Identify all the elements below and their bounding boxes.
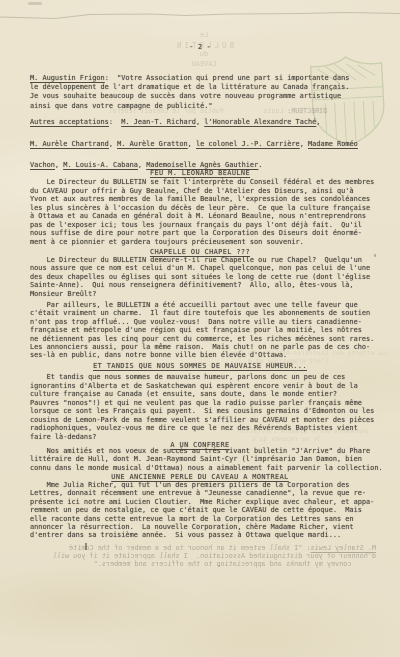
stray-ink-tick [85, 543, 87, 550]
text-line: elle raconte dans cette entrevue la mort… [30, 515, 376, 523]
text-line: M. Aurèle Chartrand, M. Aurèle Gratton, … [30, 134, 376, 156]
text-line: à Ottawa et au Canada en général doit à … [30, 212, 376, 221]
text-line: ment à ce pionnier et gardera toujours p… [30, 238, 376, 247]
heading-text: FEU M. LEONARD BEAULNE [150, 169, 250, 177]
text-line: d'entrer dans sa troisième année. Si vou… [30, 531, 376, 539]
ghost-footer-stanley-lewis: M. Stanley Lewis: "I shall esteem it an … [30, 544, 376, 569]
text-line: culture française au Canada (et ensuite,… [30, 390, 376, 399]
text-line: nous assure que ce nom est celui d'un M.… [30, 264, 376, 272]
heading-chapelle: CHAPELLE OU CHAPEL ??? [0, 248, 400, 256]
text-line: Sainte-Anne). Qui nous renseignera défin… [30, 281, 376, 289]
text-line: Je vous souhaite beaucoup de succès dans… [30, 92, 376, 101]
text-line: c'était vraiment un charme. Il faut dire… [30, 309, 376, 317]
ghost-margin-fragment: septembre votre aimable invitation [238, 427, 369, 435]
text-line: Pauvres "nonos"!) et qui ne veulent pas … [30, 399, 376, 408]
text-line: M. Stanley Lewis: "I shall esteem it an … [30, 544, 376, 552]
scanned-document-page: { "page": { "number_label": "- 2 -", "pa… [0, 0, 400, 657]
ghost-margin-fragment: les efforts des Confrères-Artistes du Ca… [232, 349, 390, 357]
heading-text: UNE ANCIENNE PERLE DU CAVEAU A MONTREAL [111, 473, 288, 481]
edge-smudge [28, 2, 42, 5]
text-line: convey my thanks and appreciation to the… [30, 560, 376, 568]
text-line: française et métropole d'une région qui … [30, 326, 376, 334]
text-line: Yvon et aux autres membres de la famille… [30, 195, 376, 204]
text-line: les plus sincères à l'occasion du décès … [30, 204, 376, 213]
ghost-margin-fragment: Je ne réponds qu'à [252, 435, 321, 443]
heading-mauvaise-humeur: ET TANDIS QUE NOUS SOMMES DE MAUVAISE HU… [0, 362, 400, 370]
text-line: cousins de Lemon-Park de ma femme veulen… [30, 416, 376, 425]
text-line: pas de l'exposer ici; tous les journaux … [30, 221, 376, 230]
text-line: Le Directeur du BULLETIN se fait l'inter… [30, 178, 376, 187]
text-line: n'ont pas trop afflué... Que voulez-vous… [30, 318, 376, 326]
text-line: connu dans le monde musical d'Ottawa) no… [30, 464, 376, 472]
text-line: ainsi que dans votre campagne de publici… [30, 102, 376, 111]
text-line: Autres acceptations: M. Jean-T. Richard,… [30, 112, 376, 134]
heading-perle-caveau: UNE ANCIENNE PERLE DU CAVEAU A MONTREAL [0, 473, 400, 481]
para-autres-acceptations: Autres acceptations: M. Jean-T. Richard,… [30, 112, 376, 177]
text-line: du CAVEAU pour offrir à Guy Beaulne, Che… [30, 187, 376, 196]
para-confrere: Nos amitiés et nos voeux de succès au tr… [30, 447, 376, 472]
typewritten-content: M. Augustin Frigon: "Votre Association q… [0, 0, 400, 657]
text-line: ne détiennent pas les cinq pour cent du … [30, 335, 376, 343]
para-frigon: M. Augustin Frigon: "Votre Association q… [30, 74, 376, 111]
text-line: des deux chapelles ou églises qui sont s… [30, 273, 376, 281]
text-line: Le Directeur du BULLETIN demeure-t-il ru… [30, 256, 376, 264]
text-line: Monsieur Breûlt? [30, 290, 376, 298]
text-line: M. Augustin Frigon: "Votre Association q… [30, 74, 376, 83]
para-beaulne: Le Directeur du BULLETIN se fait l'inter… [30, 178, 376, 246]
text-line: présente ici notre ami Lucien Cloutier. … [30, 498, 376, 506]
text-line: nous suffise de dire pour notre part que… [30, 229, 376, 238]
text-line: lorsque ce sont les Français qui payent.… [30, 407, 376, 416]
para-chapelle: Le Directeur du BULLETIN demeure-t-il ru… [30, 256, 376, 298]
heading-text: CHAPELLE OU CHAPEL ??? [150, 248, 250, 256]
text-line: remment un peu de nostalgie, ce que c'ét… [30, 506, 376, 514]
ink-speck [218, 565, 220, 567]
text-line: Lettres, donnait récemment une entrevue … [30, 489, 376, 497]
para-julia-richer: Mme Julia Richer, qui fut l'un des premi… [30, 481, 376, 540]
text-line: d'honneur of your distinguished Associat… [30, 552, 376, 560]
ink-speck [374, 254, 376, 257]
text-line: littéraire de Hull, dont M. Jean-Raymond… [30, 455, 376, 463]
text-line: Et tandis que nous sommes de mauvaise hu… [30, 373, 376, 382]
text-line: ignorantins d'Alberta et de Saskatchewan… [30, 382, 376, 391]
heading-feu-beaulne: FEU M. LEONARD BEAULNE [0, 169, 400, 177]
ghost-margin-fragment: l'art dramatique et d [248, 357, 329, 365]
